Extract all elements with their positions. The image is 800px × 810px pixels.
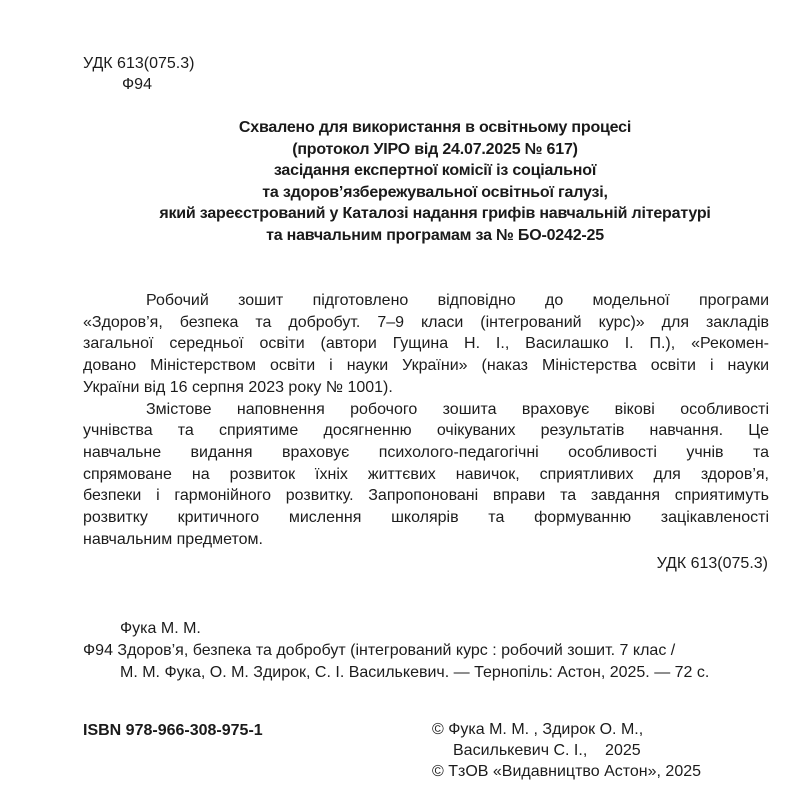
text-line: Змістове наповнення робочого зошита врах… (83, 399, 769, 421)
text-line: Робочий зошит підготовлено відповідно до… (83, 290, 769, 312)
approval-line: який зареєстрований у Каталозі надання г… (90, 203, 780, 225)
text-line: розвитку критичного мислення школярів та… (83, 507, 769, 529)
approval-line: Схвалено для використання в освітньому п… (90, 117, 780, 139)
udk-code: УДК 613(075.3) (83, 54, 194, 74)
catalog-entry: Ф94 Здоров’я, безпека та добробут (інтег… (83, 640, 773, 662)
copyright-block: © Фука М. М. , Здирок О. М., Василькевич… (432, 719, 701, 782)
text-line: загальної середньої освіти (автори Гущин… (83, 333, 769, 355)
copyright-line: © ТзОВ «Видавництво Астон», 2025 (432, 761, 701, 782)
udk-code-right: УДК 613(075.3) (657, 554, 768, 574)
isbn: ISBN 978-966-308-975-1 (83, 721, 263, 741)
text-line: «Здоров’я, безпека та добробут. 7–9 клас… (83, 312, 769, 334)
text-line: навчальним предметом. (83, 529, 769, 551)
text-line: безпеки і гармонійного розвитку. Запропо… (83, 485, 769, 507)
text-line: навчальне видання враховує психолого-пед… (83, 442, 769, 464)
text-line: спрямоване на розвиток їхніх життєвих на… (83, 464, 769, 486)
text-line: учнівства та сприятиме досягненню очікув… (83, 420, 769, 442)
catalog-card: Фука М. М. Ф94 Здоров’я, безпека та добр… (83, 618, 773, 684)
approval-statement: Схвалено для використання в освітньому п… (90, 117, 780, 246)
approval-line: засідання експертної комісії із соціальн… (90, 160, 780, 182)
approval-line: та здоров’язбережувальної освітньої галу… (90, 182, 780, 204)
text-line: довано Міністерством освіти і науки Укра… (83, 355, 769, 377)
annotation-text: Робочий зошит підготовлено відповідно до… (83, 290, 769, 550)
copyright-line: Василькевич С. І., 2025 (432, 740, 701, 761)
approval-line: та навчальним програмам за № БО-0242-25 (90, 225, 780, 247)
copyright-line: © Фука М. М. , Здирок О. М., (432, 719, 701, 740)
catalog-author: Фука М. М. (83, 618, 773, 640)
approval-line: (протокол УІРО від 24.07.2025 № 617) (90, 139, 780, 161)
annotation-paragraph: Змістове наповнення робочого зошита врах… (83, 399, 769, 551)
annotation-paragraph: Робочий зошит підготовлено відповідно до… (83, 290, 769, 399)
text-line: України від 16 серпня 2023 року № 1001). (83, 377, 769, 399)
catalog-entry-continued: М. М. Фука, О. М. Здирок, С. І. Васильке… (83, 662, 773, 684)
author-mark: Ф94 (122, 75, 152, 95)
